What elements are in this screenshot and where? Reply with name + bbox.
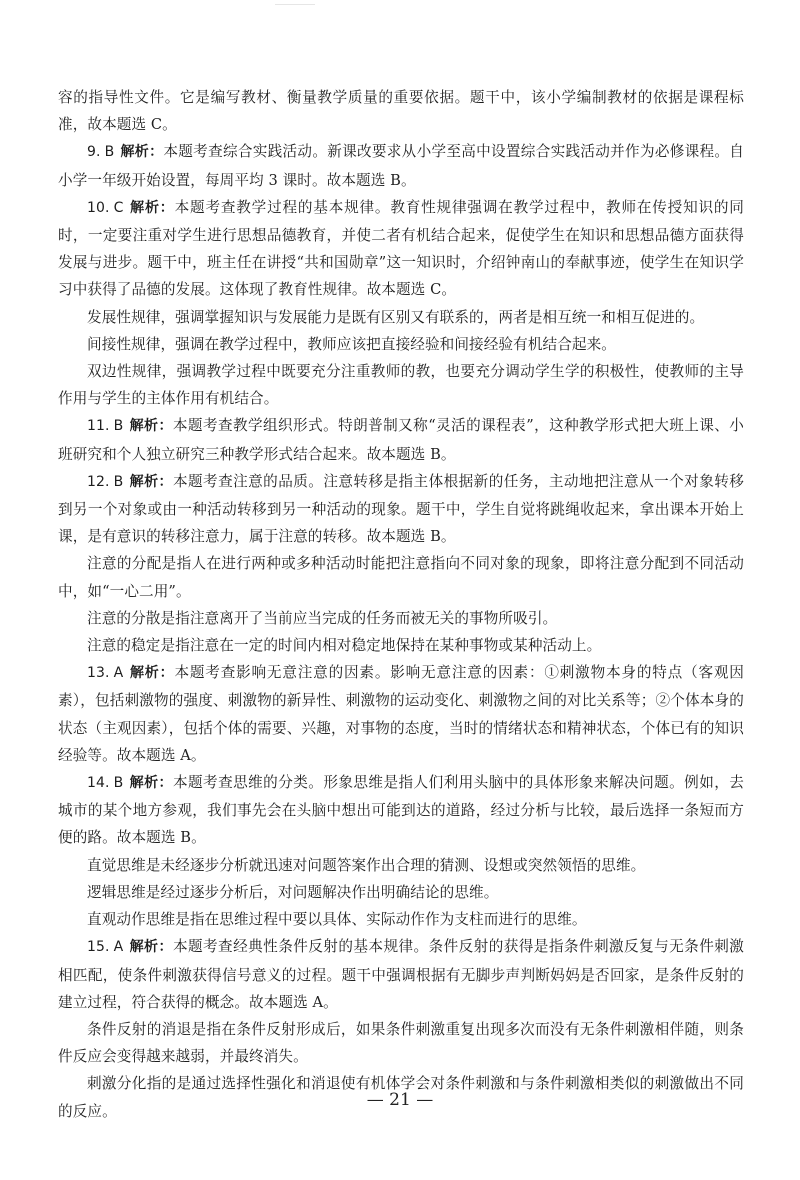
question-number: 13. xyxy=(87,665,110,681)
answer-choice: C xyxy=(114,200,124,216)
analysis-label: 解析： xyxy=(129,939,173,955)
answer-choice: B xyxy=(114,418,124,434)
answer-choice: B xyxy=(114,775,124,791)
question-number: 14. xyxy=(87,775,110,791)
analysis-label: 解析： xyxy=(129,200,174,216)
page-number: — 21 — xyxy=(0,1090,800,1110)
question-number: 10. xyxy=(87,200,110,216)
answer-choice: A xyxy=(114,939,124,955)
note-paragraph: 双边性规律，强调教学过程中既要充分注重教师的教，也要充分调动学生学的积极性，使教… xyxy=(58,358,744,412)
scan-artifact xyxy=(275,4,315,5)
note-paragraph: 逻辑思维是经过逐步分析后，对问题解决作出明确结论的思维。 xyxy=(58,879,744,906)
note-paragraph: 注意的分配是指人在进行两种或多种活动时能把注意指向不同对象的现象，即将注意分配到… xyxy=(58,550,744,604)
note-paragraph: 发展性规律，强调掌握知识与发展能力是既有区别又有联系的，两者是相互统一和相互促进… xyxy=(58,304,744,331)
analysis-label: 解析： xyxy=(129,474,173,490)
answer-14: 14.B解析：本题考查思维的分类。形象思维是指人们利用头脑中的具体形象来解决问题… xyxy=(58,769,744,852)
analysis-label: 解析： xyxy=(129,665,174,681)
note-paragraph: 条件反射的消退是指在条件反射形成后，如果条件刺激重复出现多次而没有无条件刺激相伴… xyxy=(58,1016,744,1070)
analysis-label: 解析： xyxy=(129,418,173,434)
answer-13: 13.A解析：本题考查影响无意注意的因素。影响无意注意的因素：①刺激物本身的特点… xyxy=(58,659,744,769)
answer-10: 10.C解析：本题考查教学过程的基本规律。教育性规律强调在教学过程中，教师在传授… xyxy=(58,194,744,304)
note-paragraph: 注意的分散是指注意离开了当前应当完成的任务而被无关的事物所吸引。 xyxy=(58,605,744,632)
continuation-paragraph: 容的指导性文件。它是编写教材、衡量教学质量的重要依据。题干中，该小学编制教材的依… xyxy=(58,84,744,138)
note-paragraph: 直觉思维是未经逐步分析就迅速对问题答案作出合理的猜测、设想或突然领悟的思维。 xyxy=(58,852,744,879)
note-paragraph: 直观动作思维是指在思维过程中要以具体、实际动作作为支柱而进行的思维。 xyxy=(58,906,744,933)
question-number: 9. xyxy=(87,144,101,160)
question-number: 15. xyxy=(87,939,110,955)
question-number: 12. xyxy=(87,474,110,490)
answer-9: 9.B解析：本题考查综合实践活动。新课改要求从小学至高中设置综合实践活动并作为必… xyxy=(58,138,744,193)
note-paragraph: 间接性规律，强调在教学过程中，教师应该把直接经验和间接经验有机结合起来。 xyxy=(58,331,744,358)
note-paragraph: 注意的稳定是指注意在一定的时间内相对稳定地保持在某种事物或某种活动上。 xyxy=(58,632,744,659)
answer-choice: B xyxy=(105,144,115,160)
analysis-label: 解析： xyxy=(120,144,163,160)
answer-11: 11.B解析：本题考查教学组织形式。特朗普制又称“灵活的课程表”，这种教学形式把… xyxy=(58,412,744,467)
answer-12: 12.B解析：本题考查注意的品质。注意转移是指主体根据新的任务，主动地把注意从一… xyxy=(58,468,744,551)
answer-choice: A xyxy=(114,665,124,681)
question-number: 11. xyxy=(87,418,110,434)
answer-choice: B xyxy=(114,474,124,490)
answer-15: 15.A解析：本题考查经典性条件反射的基本规律。条件反射的获得是指条件刺激反复与… xyxy=(58,933,744,1016)
document-body: 容的指导性文件。它是编写教材、衡量教学质量的重要依据。题干中，该小学编制教材的依… xyxy=(58,84,744,1125)
analysis-label: 解析： xyxy=(129,775,173,791)
